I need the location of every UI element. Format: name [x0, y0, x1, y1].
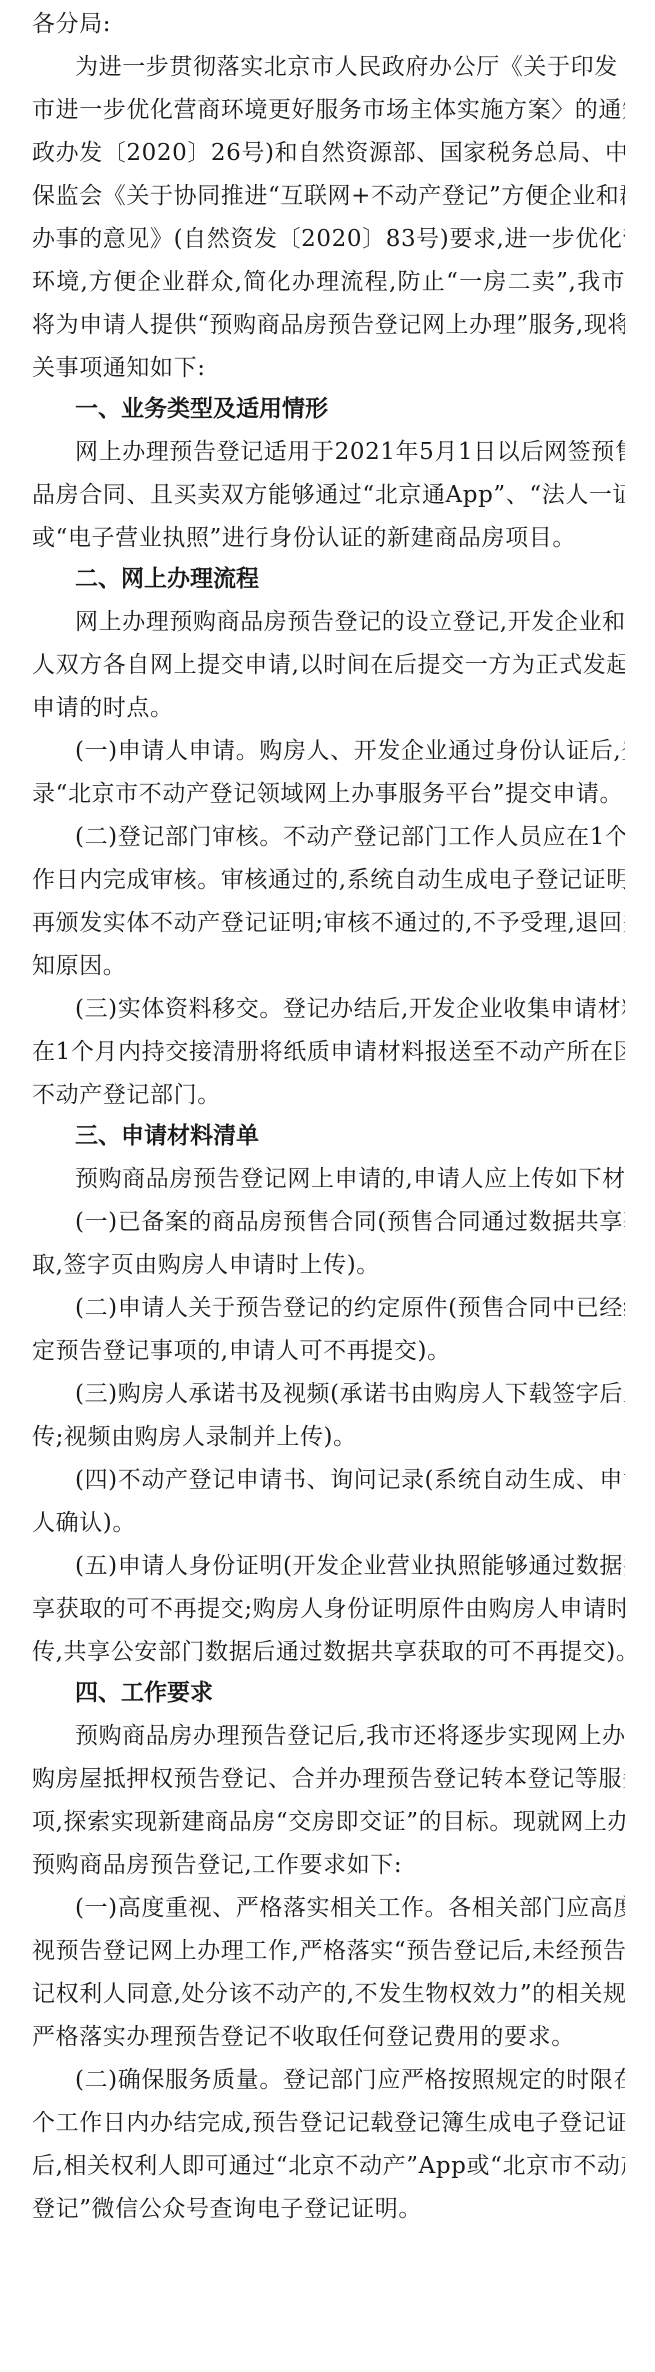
paragraph-line: 再颁发实体不动产登记证明;审核不通过的,不予受理,退回并告	[32, 902, 625, 945]
intro-line: 关事项通知如下:	[32, 347, 625, 390]
paragraph-line: 预购商品房预告登记,工作要求如下:	[32, 1844, 625, 1887]
paragraph-line: 预购商品房办理预告登记后,我市还将逐步实现网上办理预	[75, 1715, 625, 1758]
section-heading: 三、申请材料清单	[75, 1115, 625, 1158]
intro-line: 政办发〔2020〕26号)和自然资源部、国家税务总局、中国银	[32, 132, 625, 175]
intro-line: 将为申请人提供“预购商品房预告登记网上办理”服务,现将有	[32, 304, 625, 347]
section-heading: 一、业务类型及适用情形	[75, 388, 625, 431]
paragraph-line: 购房屋抵押权预告登记、合并办理预告登记转本登记等服务事	[32, 1758, 625, 1801]
paragraph-line: 后,相关权利人即可通过“北京不动产”App或“北京市不动产	[32, 2145, 625, 2188]
paragraph-line: 或“电子营业执照”进行身份认证的新建商品房项目。	[32, 517, 625, 560]
paragraph-line: (一)已备案的商品房预售合同(预售合同通过数据共享获	[75, 1201, 625, 1244]
paragraph-line: 网上办理预告登记适用于2021年5月1日以后网签预售商	[75, 431, 625, 474]
paragraph-line: 取,签字页由购房人申请时上传)。	[32, 1244, 625, 1287]
paragraph-line: (二)申请人关于预告登记的约定原件(预售合同中已经约	[75, 1287, 625, 1330]
document-page: 各分局: 为进一步贯彻落实北京市人民政府办公厅《关于印发〈北京 市进一步优化营商…	[0, 0, 655, 2372]
intro-line: 保监会《关于协同推进“互联网+不动产登记”方便企业和群众	[32, 175, 625, 218]
paragraph-line: 作日内完成审核。审核通过的,系统自动生成电子登记证明,不	[32, 859, 625, 902]
paragraph-line: 知原因。	[32, 945, 625, 988]
paragraph-line: 定预告登记事项的,申请人可不再提交)。	[32, 1330, 625, 1373]
paragraph-line: 人双方各自网上提交申请,以时间在后提交一方为正式发起登记	[32, 644, 625, 687]
intro-line: 市进一步优化营商环境更好服务市场主体实施方案〉的通知》(京	[32, 89, 625, 132]
paragraph-line: 登记”微信公众号查询电子登记证明。	[32, 2188, 625, 2231]
paragraph-line: (四)不动产登记申请书、询问记录(系统自动生成、申请	[75, 1459, 625, 1502]
paragraph-line: 传,共享公安部门数据后通过数据共享获取的可不再提交)。	[32, 1631, 625, 1674]
paragraph-line: 个工作日内办结完成,预告登记记载登记簿生成电子登记证明	[32, 2102, 625, 2145]
paragraph-line: 项,探索实现新建商品房“交房即交证”的目标。现就网上办理	[32, 1801, 625, 1844]
paragraph-line: 预购商品房预告登记网上申请的,申请人应上传如下材料:	[75, 1158, 625, 1201]
intro-line: 环境,方便企业群众,简化办理流程,防止“一房二卖”,我市	[32, 261, 625, 304]
paragraph-line: 人确认)。	[32, 1502, 625, 1545]
paragraph-line: 严格落实办理预告登记不收取任何登记费用的要求。	[32, 2016, 625, 2059]
paragraph-line: (二)登记部门审核。不动产登记部门工作人员应在1个工	[75, 816, 625, 859]
paragraph-line: 录“北京市不动产登记领域网上办事服务平台”提交申请。	[32, 773, 625, 816]
paragraph-line: 品房合同、且买卖双方能够通过“北京通App”、“法人一证通”	[32, 474, 625, 517]
paragraph-line: (三)购房人承诺书及视频(承诺书由购房人下载签字后上	[75, 1373, 625, 1416]
paragraph-line: (五)申请人身份证明(开发企业营业执照能够通过数据共	[75, 1545, 625, 1588]
intro-line: 为进一步贯彻落实北京市人民政府办公厅《关于印发〈北京	[75, 46, 625, 89]
paragraph-line: 不动产登记部门。	[32, 1074, 625, 1117]
paragraph-line: 在1个月内持交接清册将纸质申请材料报送至不动产所在区的	[32, 1031, 625, 1074]
intro-line: 办事的意见》(自然资发〔2020〕83号)要求,进一步优化营商	[32, 218, 625, 261]
paragraph-line: 网上办理预购商品房预告登记的设立登记,开发企业和购房	[75, 601, 625, 644]
paragraph-line: 享获取的可不再提交;购房人身份证明原件由购房人申请时上	[32, 1588, 625, 1631]
paragraph-line: (一)申请人申请。购房人、开发企业通过身份认证后,登	[75, 730, 625, 773]
paragraph-line: 视预告登记网上办理工作,严格落实“预告登记后,未经预告登	[32, 1930, 625, 1973]
section-heading: 二、网上办理流程	[75, 558, 625, 601]
section-heading: 四、工作要求	[75, 1672, 625, 1715]
salutation: 各分局:	[32, 3, 625, 46]
paragraph-line: (二)确保服务质量。登记部门应严格按照规定的时限在1	[75, 2059, 625, 2102]
paragraph-line: (一)高度重视、严格落实相关工作。各相关部门应高度重	[75, 1887, 625, 1930]
paragraph-line: 传;视频由购房人录制并上传)。	[32, 1416, 625, 1459]
paragraph-line: 记权利人同意,处分该不动产的,不发生物权效力”的相关规定,	[32, 1973, 625, 2016]
paragraph-line: (三)实体资料移交。登记办结后,开发企业收集申请材料,	[75, 988, 625, 1031]
paragraph-line: 申请的时点。	[32, 687, 625, 730]
